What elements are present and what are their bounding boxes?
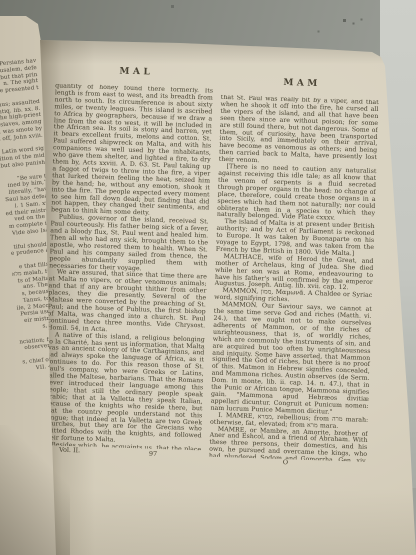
gutter-corner-shadow [0, 425, 70, 555]
dictionary-paragraph: [There is no need to caution any natural… [217, 164, 377, 224]
signature-mark: O [283, 458, 289, 466]
book-photo: e Persians havJerusalem, defe; but that … [0, 0, 416, 555]
dictionary-paragraph: We are assured, that since that time the… [47, 270, 207, 337]
dust-specks [0, 0, 1, 1]
right-column: MAM that St. Paul was really bit by a vi… [209, 76, 380, 462]
dictionary-paragraph: quantity of honey found there formerly. … [51, 83, 213, 219]
dictionary-paragraph: Publius, governor of the island, receive… [49, 214, 209, 274]
right-column-text: that St. Paul was really bit by a viper,… [209, 95, 379, 462]
text-columns: MAL quantity of honey found there former… [43, 59, 380, 462]
left-column-text: quantity of honey found there formerly. … [43, 83, 213, 450]
page-header-left: MAL [56, 64, 214, 79]
dictionary-paragraph: that St. Paul was really bit by a viper,… [219, 95, 379, 169]
page-number: 97 [149, 450, 157, 458]
left-column: MAL quantity of honey found there former… [43, 64, 214, 456]
page-content: MAL quantity of honey found there former… [42, 59, 380, 490]
page-header-right: MAM [221, 76, 379, 91]
dictionary-paragraph: MAMRE, or Mambre, an Amorite, brother of… [209, 426, 368, 462]
dictionary-paragraph: MAMMON. Our Saviour says, we cannot at t… [210, 302, 372, 418]
